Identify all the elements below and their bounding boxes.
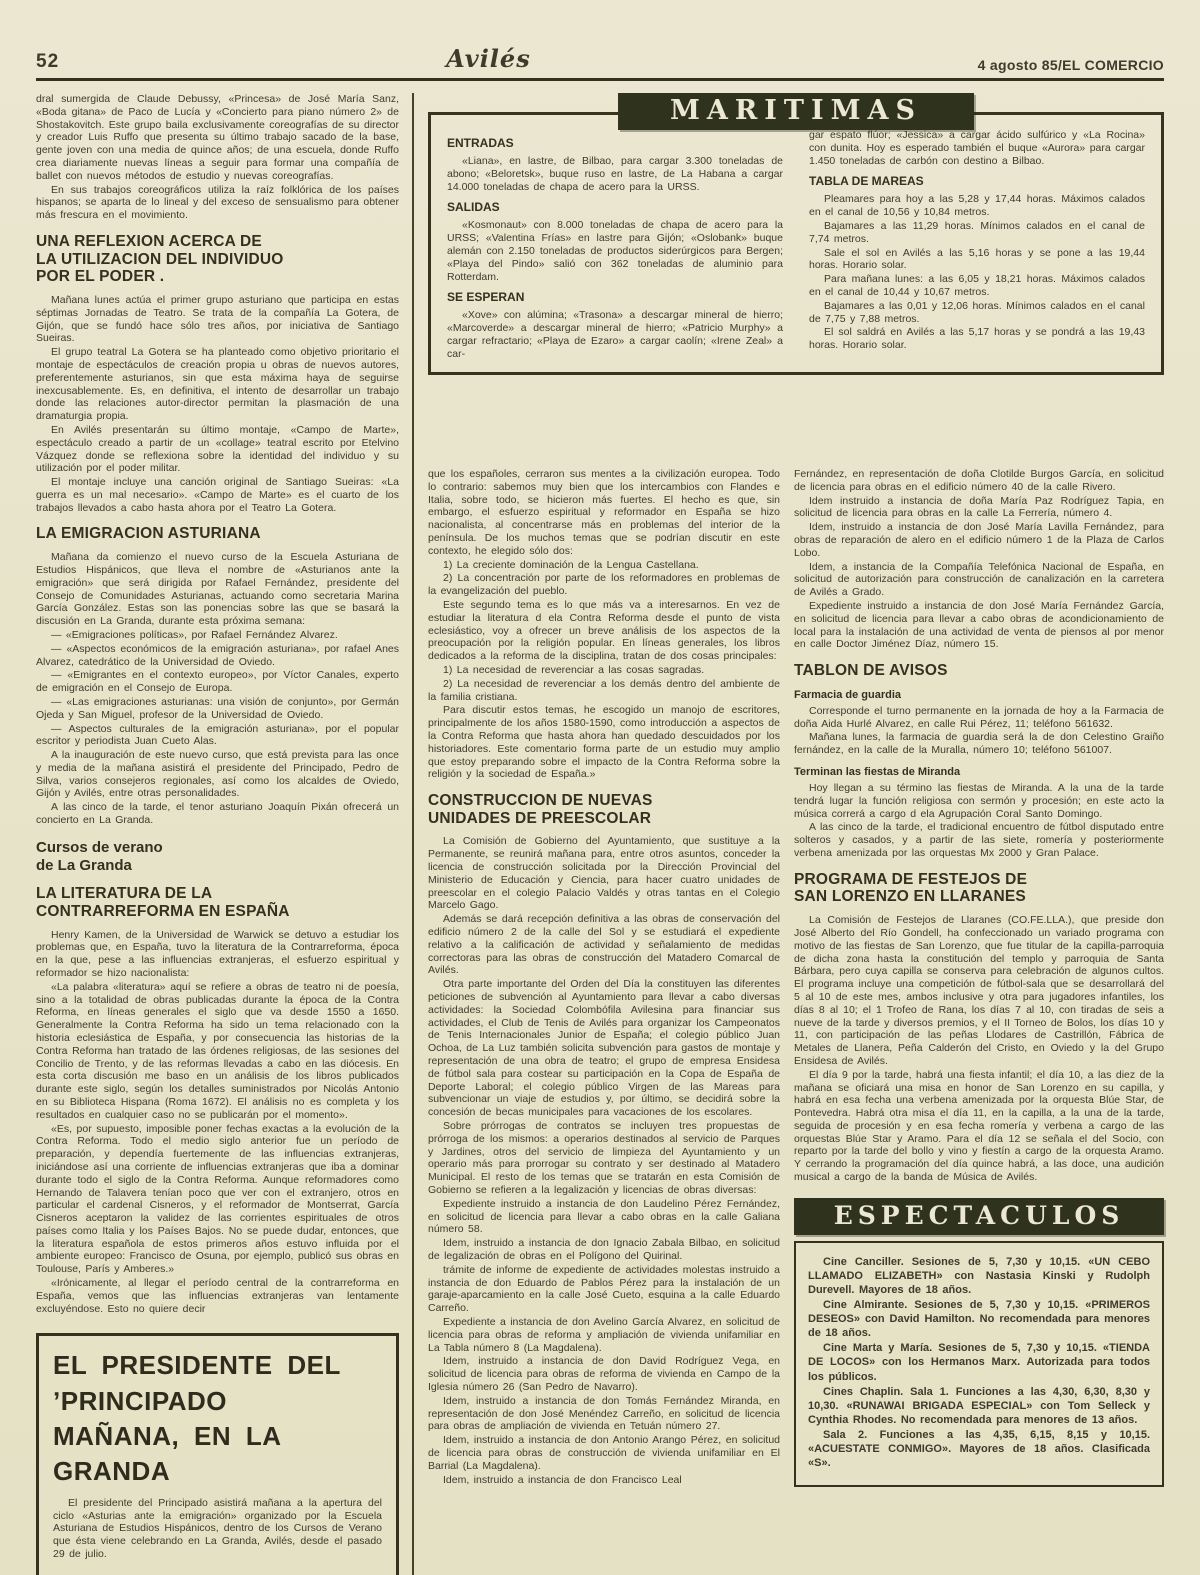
article-paragraph: Expediente instruido a instancia de don …: [794, 600, 1164, 651]
article-paragraph: Idem, instruido a instancia de don Tomás…: [428, 1395, 780, 1433]
maritimas-banner: MARITIMAS: [618, 93, 974, 130]
list-item: 2) La necesidad de reverenciar a los dem…: [428, 678, 780, 704]
maritimas-box: MARITIMAS ENTRADAS «Liana», en lastre, d…: [428, 112, 1164, 375]
espectaculos-box: Cine Canciller. Sesiones de 5, 7,30 y 10…: [794, 1241, 1164, 1487]
tide-paragraph: Para mañana lunes: a las 6,05 y 18,21 ho…: [809, 273, 1145, 299]
article-paragraph: Hoy llegan a su término las fiestas de M…: [794, 782, 1164, 820]
article-paragraph: Idem, instruido a instancia de don Franc…: [428, 1474, 780, 1487]
article-paragraph: El día 9 por la tarde, habrá una fiesta …: [794, 1069, 1164, 1184]
article-paragraph: Idem, a instancia de la Compañía Telefón…: [794, 561, 1164, 599]
article-headline-construccion: CONSTRUCCION DE NUEVAS UNIDADES DE PREES…: [428, 792, 780, 827]
article-headline-tablon: TABLON DE AVISOS: [794, 662, 1164, 680]
article-paragraph: Corresponde el turno permanente en la jo…: [794, 705, 1164, 731]
article-paragraph: dral sumergida de Claude Debussy, «Princ…: [36, 93, 399, 183]
article-headline-emigracion: LA EMIGRACION ASTURIANA: [36, 525, 399, 543]
right-column: Fernández, en representación de doña Clo…: [794, 468, 1164, 1487]
article-paragraph: El presidente del Principado asistirá ma…: [53, 1497, 382, 1561]
maritimas-right-column: gar espato flúor; «Jessica» a cargar áci…: [809, 129, 1145, 362]
espectaculos-banner: ESPECTACULOS: [794, 1198, 1164, 1235]
page-header: 52 Avilés 4 agosto 85/EL COMERCIO: [36, 44, 1164, 81]
article-paragraph: Para discutir estos temas, he escogido u…: [428, 704, 780, 781]
list-item: — «Las emigraciones asturianas: una visi…: [36, 696, 399, 722]
tide-paragraph: Bajamares a las 0,01 y 12,06 horas. Míni…: [809, 300, 1145, 326]
article-paragraph: gar espato flúor; «Jessica» a cargar áci…: [809, 129, 1145, 167]
article-paragraph: La Comisión de Festejos de Llaranes (CO.…: [794, 914, 1164, 1068]
middle-column: que los españoles, cerraron sus mentes a…: [428, 468, 780, 1487]
article-paragraph: «La palabra «literatura» aquí se refiere…: [36, 981, 399, 1122]
article-paragraph: Idem, instruido a instancia de don Ignac…: [428, 1237, 780, 1263]
article-paragraph: «Kosmonaut» con 8.000 toneladas de chapa…: [447, 219, 783, 283]
article-kicker: Cursos de verano de La Granda: [36, 839, 399, 874]
section-title: Avilés: [446, 44, 531, 73]
president-box: EL PRESIDENTE DEL ʼPRINCIPADO MAÑANA, EN…: [36, 1333, 399, 1575]
article-paragraph: Mañana lunes, la farmacia de guardia ser…: [794, 731, 1164, 757]
article-paragraph: «Irónicamente, al llegar el período cent…: [36, 1277, 399, 1315]
article-paragraph: A las cinco de la tarde, el tenor asturi…: [36, 801, 399, 827]
tide-paragraph: Bajamares a las 11,29 horas. Mínimos cal…: [809, 220, 1145, 246]
article-paragraph: Idem, instruido a instancia de don Anton…: [428, 1434, 780, 1472]
newspaper-page: 52 Avilés 4 agosto 85/EL COMERCIO dral s…: [0, 0, 1200, 1575]
list-item: — «Aspectos económicos de la emigración …: [36, 643, 399, 669]
tabla-mareas-heading: TABLA DE MAREAS: [809, 174, 1145, 188]
cinema-listing: Cine Canciller. Sesiones de 5, 7,30 y 10…: [808, 1255, 1150, 1297]
page-body: dral sumergida de Claude Debussy, «Princ…: [36, 93, 1164, 1575]
article-paragraph: Fernández, en representación de doña Clo…: [794, 468, 1164, 494]
article-paragraph: Expediente a instancia de don Avelino Ga…: [428, 1316, 780, 1354]
article-paragraph: Idem instruido a instancia de doña María…: [794, 495, 1164, 521]
article-paragraph: Henry Kamen, de la Universidad de Warwic…: [36, 929, 399, 980]
miranda-subhead: Terminan las fiestas de Miranda: [794, 766, 1164, 778]
article-paragraph: Mañana lunes actúa el primer grupo astur…: [36, 294, 399, 345]
article-paragraph: En sus trabajos coreográficos utiliza la…: [36, 184, 399, 222]
cinema-listing: Cine Marta y María. Sesiones de 5, 7,30 …: [808, 1341, 1150, 1383]
cinema-listing: Cines Chaplin. Sala 1. Funciones a las 4…: [808, 1385, 1150, 1427]
tide-paragraph: Pleamares para hoy a las 5,28 y 17,44 ho…: [809, 193, 1145, 219]
article-paragraph: Idem, instruido a instancia de don José …: [794, 521, 1164, 559]
president-box-headline: EL PRESIDENTE DEL ʼPRINCIPADO MAÑANA, EN…: [53, 1348, 382, 1488]
farmacia-subhead: Farmacia de guardia: [794, 689, 1164, 701]
article-paragraph: En Avilés presentarán su último montaje,…: [36, 424, 399, 475]
se-esperan-heading: SE ESPERAN: [447, 290, 783, 304]
list-item: 1) La creciente dominación de la Lengua …: [428, 559, 780, 572]
tide-paragraph: Sale el sol en Avilés a las 5,16 horas y…: [809, 247, 1145, 273]
article-headline-literatura: LA LITERATURA DE LA CONTRARREFORMA EN ES…: [36, 885, 399, 920]
cinema-listing: Sala 2. Funciones a las 4,35, 6,15, 8,15…: [808, 1428, 1150, 1470]
article-paragraph: La Comisión de Gobierno del Ayuntamiento…: [428, 835, 780, 912]
list-item: — «Emigraciones políticas», por Rafael F…: [36, 629, 399, 642]
article-paragraph: Idem, instruido a instancia de don David…: [428, 1355, 780, 1393]
tide-paragraph: El sol saldrá en Avilés a las 5,17 horas…: [809, 326, 1145, 352]
list-item: 2) La concentración por parte de los ref…: [428, 572, 780, 598]
article-paragraph: trámite de informe de expediente de acti…: [428, 1264, 780, 1315]
article-paragraph: «Liana», en lastre, de Bilbao, para carg…: [447, 155, 783, 193]
article-paragraph: El montaje incluye una canción original …: [36, 476, 399, 514]
article-paragraph: Mañana da comienzo el nuevo curso de la …: [36, 551, 399, 628]
article-paragraph: Este segundo tema es lo que más va a int…: [428, 599, 780, 663]
cinema-listing: Cine Almirante. Sesiones de 5, 7,30 y 10…: [808, 1298, 1150, 1340]
list-item: — Aspectos culturales de la emigración a…: [36, 723, 399, 749]
edition-date: 4 agosto 85/EL COMERCIO: [978, 57, 1164, 73]
article-headline-festejos: PROGRAMA DE FESTEJOS DE SAN LORENZO EN L…: [794, 871, 1164, 906]
article-paragraph: Expediente instruido a instancia de don …: [428, 1198, 780, 1236]
article-paragraph: Además se dará recepción definitiva a la…: [428, 913, 780, 977]
salidas-heading: SALIDAS: [447, 200, 783, 214]
page-number: 52: [36, 51, 59, 73]
list-item: — «Emigrantes en el contexto europeo», p…: [36, 669, 399, 695]
article-paragraph: «Es, por supuesto, imposible poner fecha…: [36, 1123, 399, 1277]
left-column: dral sumergida de Claude Debussy, «Princ…: [36, 93, 414, 1575]
article-headline-reflexion: UNA REFLEXION ACERCA DE LA UTILIZACION D…: [36, 233, 399, 286]
maritimas-left-column: ENTRADAS «Liana», en lastre, de Bilbao, …: [447, 129, 783, 362]
article-paragraph: El grupo teatral La Gotera se ha plantea…: [36, 346, 399, 423]
article-paragraph: A las cinco de la tarde, el tradicional …: [794, 821, 1164, 859]
article-paragraph: que los españoles, cerraron sus mentes a…: [428, 468, 780, 558]
article-paragraph: Otra parte importante del Orden del Día …: [428, 978, 780, 1119]
list-item: 1) La necesidad de reverenciar a las cos…: [428, 664, 780, 677]
article-paragraph: A la inauguración de este nuevo curso, q…: [36, 749, 399, 800]
article-paragraph: Sobre prórrogas de contratos se incluyen…: [428, 1120, 780, 1197]
entradas-heading: ENTRADAS: [447, 136, 783, 150]
article-paragraph: «Xove» con alúmina; «Trasona» a descarga…: [447, 309, 783, 360]
